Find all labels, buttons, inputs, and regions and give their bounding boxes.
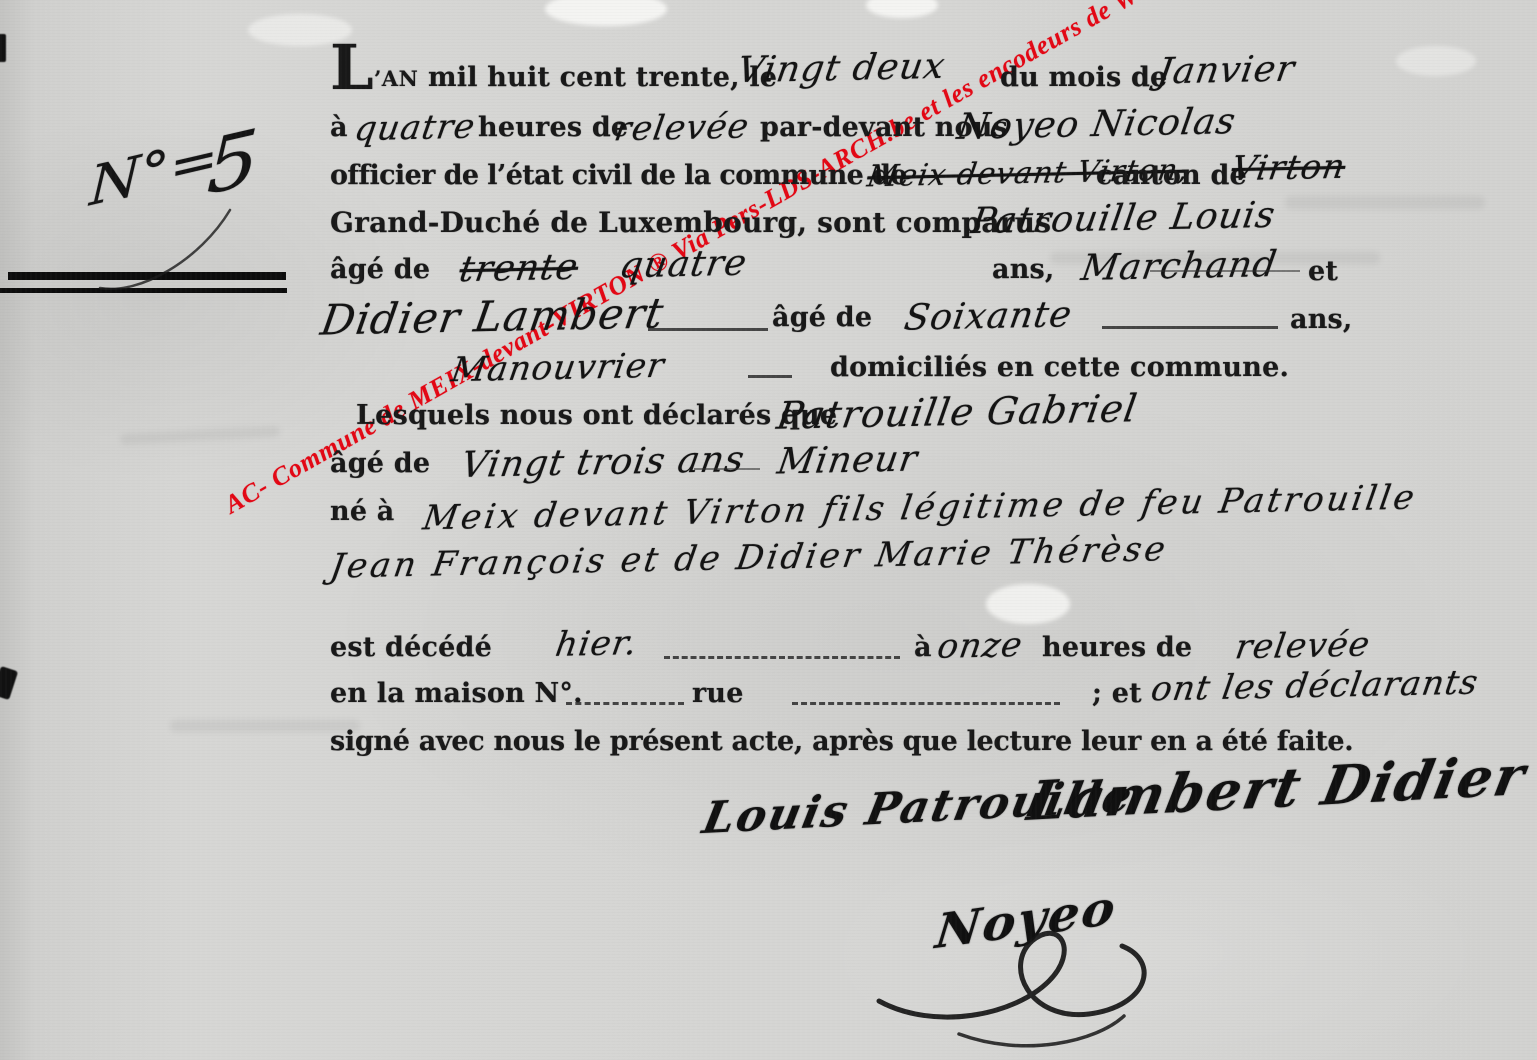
handwritten-death-hour: onze	[935, 625, 1026, 667]
act-number-value: 5	[205, 113, 260, 212]
handwritten-deceased-age: Vingt trois ans	[458, 439, 747, 486]
bleed-through	[120, 426, 280, 445]
handwritten-age2: Soixante	[902, 294, 1076, 338]
handwritten-declarants: ont les déclarants	[1148, 663, 1481, 710]
handwritten-month: Janvier	[1155, 49, 1298, 93]
handwritten-relevee-2: relevée	[1233, 625, 1374, 668]
scan-artifact	[866, 0, 938, 18]
scan-artifact	[1396, 46, 1476, 76]
printed-canton-de: canton de	[1096, 160, 1247, 191]
act-number-flourish	[80, 200, 260, 320]
handwritten-deceased-status: Mineur	[775, 439, 921, 483]
printed-lan-caps: ’AN	[374, 66, 418, 91]
handwritten-relevee: relevée	[612, 107, 753, 150]
handwritten-profession1: Marchand	[1078, 244, 1280, 289]
printed-drop-cap: L	[330, 40, 374, 96]
bleed-through	[1285, 196, 1485, 209]
handwritten-age1-struck: trente	[457, 247, 582, 290]
handwritten-hour: quatre	[352, 107, 479, 150]
printed-lesquels: Lesquels nous ont déclarés que	[356, 400, 837, 431]
printed-et-ont: ; et	[1092, 678, 1142, 709]
printed-officier-commune: officier de l’état civil de la commune d…	[330, 160, 907, 191]
printed-grand-duche: Grand-Duché de Luxembourg, sont comparus	[330, 206, 1051, 239]
filler-line	[748, 375, 792, 378]
scan-artifact	[545, 0, 667, 26]
printed-age-de-3: âgé de	[330, 448, 430, 479]
printed-maison-no: en la maison N°.	[330, 678, 583, 709]
handwritten-parents: Jean François et de Didier Marie Thérèse	[327, 529, 1171, 586]
handwritten-canton: Virton	[1229, 147, 1349, 189]
handwritten-death-day: hier.	[553, 623, 641, 665]
printed-domicilies: domiciliés en cette commune.	[830, 352, 1289, 383]
printed-year-line: mil huit cent trente, le	[428, 62, 777, 93]
printed-est-decede: est décédé	[330, 632, 492, 663]
scan-ink-mark	[0, 34, 6, 62]
filler-line	[1150, 270, 1300, 272]
handwritten-profession2: Manouvrier	[449, 346, 668, 390]
printed-heures-de-2: heures de	[1042, 632, 1192, 663]
filler-line	[792, 702, 1060, 705]
handwritten-day: Vingt deux	[734, 46, 948, 91]
officer-paraph-flourish	[864, 906, 1194, 1056]
filler-line	[694, 468, 760, 470]
death-record-page: AC- Commune de MEIX-devant-VIRTON ® Via …	[0, 0, 1537, 1060]
printed-age-de-1: âgé de	[330, 254, 430, 285]
printed-signe-avec-nous: signé avec nous le présent acte, après q…	[330, 726, 1353, 757]
scan-ink-mark	[0, 666, 18, 700]
printed-ans-1: ans,	[992, 254, 1055, 285]
handwritten-declarant1-name: Patrouille Louis	[968, 195, 1278, 242]
handwritten-declarant2-name: Didier Lambert	[318, 288, 668, 344]
filler-line	[648, 328, 768, 331]
handwritten-officer-name: Noyeo Nicolas	[954, 101, 1239, 148]
filler-line	[566, 702, 684, 705]
printed-et: et	[1308, 256, 1338, 287]
printed-rue: rue	[692, 678, 744, 709]
scan-artifact	[986, 584, 1070, 624]
printed-a-2: à	[914, 632, 932, 663]
handwritten-deceased-name: Patrouille Gabriel	[774, 386, 1141, 438]
handwritten-birthplace-filiation: Meix devant Virton fils légitime de feu …	[420, 478, 1420, 539]
printed-ans-2: ans,	[1290, 304, 1353, 335]
printed-du-mois-de: du mois de	[1000, 62, 1167, 93]
handwritten-age1: quatre	[617, 243, 750, 287]
filler-line	[1102, 326, 1278, 329]
filler-line	[664, 656, 900, 659]
printed-heures-de: heures de	[478, 112, 628, 143]
printed-ne-a: né à	[330, 496, 395, 527]
printed-age-de-2: âgé de	[772, 302, 872, 333]
printed-a: à	[330, 112, 348, 143]
